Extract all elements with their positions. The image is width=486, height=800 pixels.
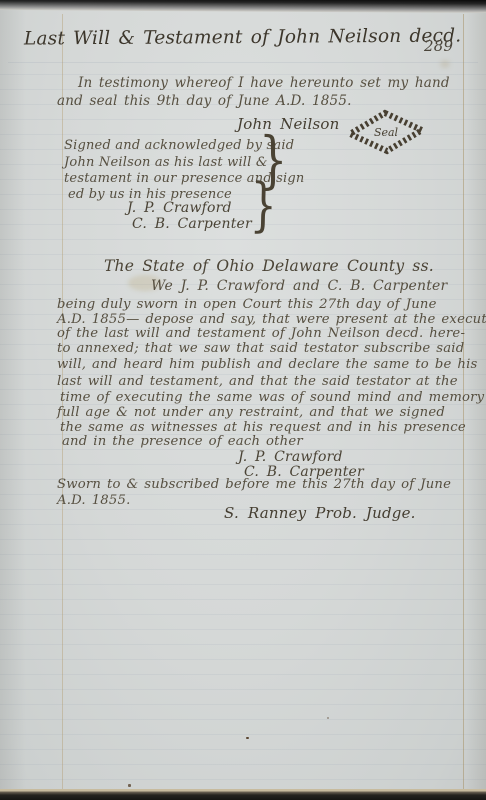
page-curvature-shade-left: [0, 0, 26, 800]
ink-speck: [246, 737, 249, 739]
judge-signature: S. Ranney Prob. Judge.: [224, 504, 416, 522]
probate-intro-line: We J. P. Crawford and C. B. Carpenter: [151, 278, 447, 294]
paper-stain: [440, 60, 450, 68]
probate-line: A.D. 1855— depose and say, that were pre…: [57, 312, 486, 327]
testimonium-line-1: In testimony whereof I have hereunto set…: [78, 75, 450, 91]
attestation-line-2: John Neilson as his last will &: [64, 155, 268, 170]
probate-line: full age & not under any restraint, and …: [57, 405, 445, 420]
probate-witness-signature-1: J. P. Crawford: [238, 449, 343, 465]
seal-scribble-icon: Seal: [344, 109, 428, 155]
book-bottom-edge: [0, 789, 486, 800]
probate-line: being duly sworn in open Court this 27th…: [57, 297, 437, 312]
jurat-line-2: A.D. 1855.: [57, 493, 130, 508]
jurat-line-1: Sworn to & subscribed before me this 27t…: [57, 477, 451, 492]
testator-signature: John Neilson: [237, 115, 340, 133]
probate-line: to annexed; that we saw that said testat…: [57, 341, 464, 356]
page-title: Last Will & Testament of John Neilson de…: [24, 25, 461, 49]
header-rule: [8, 62, 478, 63]
probate-line: the same as witnesses at his request and…: [60, 420, 466, 435]
probate-line: last will and testament, and that the sa…: [57, 374, 458, 389]
ink-speck: [128, 784, 131, 787]
testimonium-line-2: and seal this 9th day of June A.D. 1855.: [57, 93, 352, 109]
ink-speck: [327, 717, 329, 719]
probate-line: time of executing the same was of sound …: [60, 390, 486, 405]
probate-heading: The State of Ohio Delaware County ss.: [104, 257, 434, 275]
attestation-brace-lower: }: [250, 175, 278, 234]
probate-line: and in the presence of each other: [62, 434, 303, 449]
seal-label: Seal: [374, 126, 399, 139]
attestation-witness-signature-2: C. B. Carpenter: [132, 216, 252, 232]
hand-drawn-seal: Seal: [344, 109, 428, 159]
probate-line: of the last will and testament of John N…: [57, 326, 465, 341]
attestation-witness-signature-1: J. P. Crawford: [127, 200, 232, 216]
scanned-ledger-page: Last Will & Testament of John Neilson de…: [0, 0, 486, 800]
page-number: 289: [424, 37, 453, 55]
probate-line: will, and heard him publish and declare …: [57, 357, 477, 372]
